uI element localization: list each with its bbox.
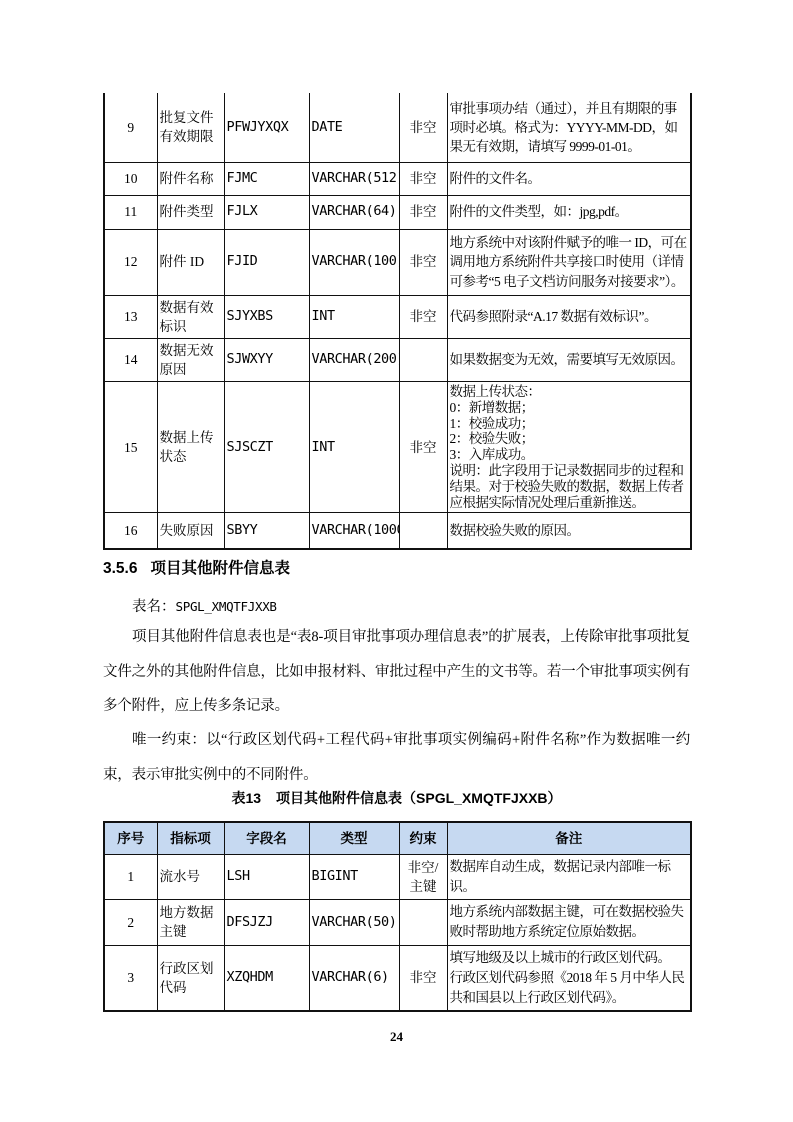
cell-type: INT	[309, 295, 399, 338]
cell-type: BIGINT	[309, 854, 399, 900]
cell-item: 附件名称	[157, 162, 224, 195]
cell-remark: 数据库自动生成，数据记录内部唯一标识。	[447, 854, 691, 900]
cell-field: DFSJZJ	[224, 900, 309, 946]
cell-type: VARCHAR(512)	[309, 162, 399, 195]
cell-constraint: 非空/主键	[399, 854, 447, 900]
table-row: 3 行政区划代码 XZQHDM VARCHAR(6) 非空 填写地级及以上城市的…	[104, 945, 691, 1011]
cell-remark: 附件的文件名。	[447, 162, 691, 195]
cell-type: DATE	[309, 93, 399, 162]
cell-field: SJWXYY	[224, 338, 309, 381]
cell-remark: 填写地级及以上城市的行政区划代码。 行政区划代码参照《2018 年 5 月中华人…	[447, 945, 691, 1011]
cell-serial: 16	[104, 513, 157, 549]
cell-field: FJID	[224, 229, 309, 295]
cell-type: INT	[309, 382, 399, 513]
cell-item: 附件 ID	[157, 229, 224, 295]
cell-item: 批复文件有效期限	[157, 93, 224, 162]
section-title: 项目其他附件信息表	[150, 560, 290, 577]
cell-constraint: 非空	[399, 195, 447, 229]
paragraph-description: 项目其他附件信息表也是“表8-项目审批事项办理信息表”的扩展表，上传除审批事项批…	[103, 620, 690, 724]
cell-item: 附件类型	[157, 195, 224, 229]
cell-type: VARCHAR(50)	[309, 900, 399, 946]
table-name-label: 表名：	[132, 599, 176, 615]
cell-serial: 15	[104, 382, 157, 513]
cell-item: 失败原因	[157, 513, 224, 549]
cell-item: 行政区划代码	[157, 945, 224, 1011]
table13-caption: 表13项目其他附件信息表（SPGL_XMQTFJXXB）	[103, 788, 690, 808]
header-serial: 序号	[104, 822, 157, 854]
cell-remark: 地方系统内部数据主键，可在数据校验失败时帮助地方系统定位原始数据。	[447, 900, 691, 946]
cell-item: 数据上传状态	[157, 382, 224, 513]
table-row: 11 附件类型 FJLX VARCHAR(64) 非空 附件的文件类型，如：jp…	[104, 195, 691, 229]
table-row: 16 失败原因 SBYY VARCHAR(1000) 数据校验失败的原因。	[104, 513, 691, 549]
cell-remark: 代码参照附录“A.17 数据有效标识”。	[447, 295, 691, 338]
header-item: 指标项	[157, 822, 224, 854]
cell-item: 流水号	[157, 854, 224, 900]
cell-field: FJLX	[224, 195, 309, 229]
table-row: 9 批复文件有效期限 PFWJYXQX DATE 非空 审批事项办结（通过），并…	[104, 93, 691, 162]
cell-constraint	[399, 900, 447, 946]
cell-field: XZQHDM	[224, 945, 309, 1011]
cell-constraint: 非空	[399, 382, 447, 513]
cell-item: 数据无效原因	[157, 338, 224, 381]
table13-caption-title: 项目其他附件信息表（SPGL_XMQTFJXXB）	[276, 790, 561, 806]
table-row: 12 附件 ID FJID VARCHAR(100) 非空 地方系统中对该附件赋…	[104, 229, 691, 295]
cell-serial: 14	[104, 338, 157, 381]
cell-serial: 1	[104, 854, 157, 900]
cell-type: VARCHAR(200)	[309, 338, 399, 381]
document-page: 9 批复文件有效期限 PFWJYXQX DATE 非空 审批事项办结（通过），并…	[0, 0, 793, 1122]
cell-remark: 数据校验失败的原因。	[447, 513, 691, 549]
cell-constraint: 非空	[399, 229, 447, 295]
cell-remark: 如果数据变为无效，需要填写无效原因。	[447, 338, 691, 381]
cell-remark: 审批事项办结（通过），并且有期限的事项时必填。格式为：YYYY-MM-DD，如果…	[447, 93, 691, 162]
cell-field: PFWJYXQX	[224, 93, 309, 162]
table-name-line: 表名：SPGL_XMQTFJXXB	[103, 597, 719, 617]
cell-field: SJYXBS	[224, 295, 309, 338]
cell-serial: 3	[104, 945, 157, 1011]
section-number: 3.5.6	[103, 560, 137, 577]
table13-caption-label: 表13	[231, 790, 261, 806]
cell-serial: 11	[104, 195, 157, 229]
cell-serial: 13	[104, 295, 157, 338]
table-row: 2 地方数据主键 DFSJZJ VARCHAR(50) 地方系统内部数据主键，可…	[104, 900, 691, 946]
cell-constraint: 非空	[399, 162, 447, 195]
section-heading: 3.5.6项目其他附件信息表	[103, 560, 690, 579]
cell-field: SBYY	[224, 513, 309, 549]
table13-header-row: 序号 指标项 字段名 类型 约束 备注	[104, 822, 691, 854]
table-row: 15 数据上传状态 SJSCZT INT 非空 数据上传状态： 0：新增数据； …	[104, 382, 691, 513]
cell-serial: 9	[104, 93, 157, 162]
header-field: 字段名	[224, 822, 309, 854]
cell-type: VARCHAR(6)	[309, 945, 399, 1011]
cell-serial: 10	[104, 162, 157, 195]
cell-constraint	[399, 338, 447, 381]
cell-serial: 12	[104, 229, 157, 295]
cell-field: SJSCZT	[224, 382, 309, 513]
cell-remark: 地方系统中对该附件赋予的唯一 ID，可在调用地方系统附件共享接口时使用（详情可参…	[447, 229, 691, 295]
cell-type: VARCHAR(1000)	[309, 513, 399, 549]
cell-constraint: 非空	[399, 945, 447, 1011]
cell-remark: 附件的文件类型，如：jpg,pdf。	[447, 195, 691, 229]
cell-serial: 2	[104, 900, 157, 946]
continuation-table: 9 批复文件有效期限 PFWJYXQX DATE 非空 审批事项办结（通过），并…	[103, 93, 692, 550]
table-name-value: SPGL_XMQTFJXXB	[176, 599, 277, 614]
table-row: 13 数据有效标识 SJYXBS INT 非空 代码参照附录“A.17 数据有效…	[104, 295, 691, 338]
cell-constraint: 非空	[399, 295, 447, 338]
cell-remark: 数据上传状态： 0：新增数据； 1：校验成功； 2：校验失败； 3：入库成功。 …	[447, 382, 691, 513]
table-row: 10 附件名称 FJMC VARCHAR(512) 非空 附件的文件名。	[104, 162, 691, 195]
table-row: 14 数据无效原因 SJWXYY VARCHAR(200) 如果数据变为无效，需…	[104, 338, 691, 381]
table13: 序号 指标项 字段名 类型 约束 备注 1 流水号 LSH BIGINT 非空/…	[103, 821, 692, 1012]
table-row: 1 流水号 LSH BIGINT 非空/主键 数据库自动生成，数据记录内部唯一标…	[104, 854, 691, 900]
cell-constraint	[399, 513, 447, 549]
cell-item: 数据有效标识	[157, 295, 224, 338]
header-type: 类型	[309, 822, 399, 854]
cell-type: VARCHAR(64)	[309, 195, 399, 229]
cell-type: VARCHAR(100)	[309, 229, 399, 295]
cell-constraint: 非空	[399, 93, 447, 162]
header-remark: 备注	[447, 822, 691, 854]
cell-field: FJMC	[224, 162, 309, 195]
paragraph-unique-constraint: 唯一约束：以“行政区划代码+工程代码+审批事项实例编码+附件名称”作为数据唯一约…	[103, 723, 690, 792]
cell-item: 地方数据主键	[157, 900, 224, 946]
cell-field: LSH	[224, 854, 309, 900]
header-constraint: 约束	[399, 822, 447, 854]
page-number: 24	[0, 1029, 793, 1045]
